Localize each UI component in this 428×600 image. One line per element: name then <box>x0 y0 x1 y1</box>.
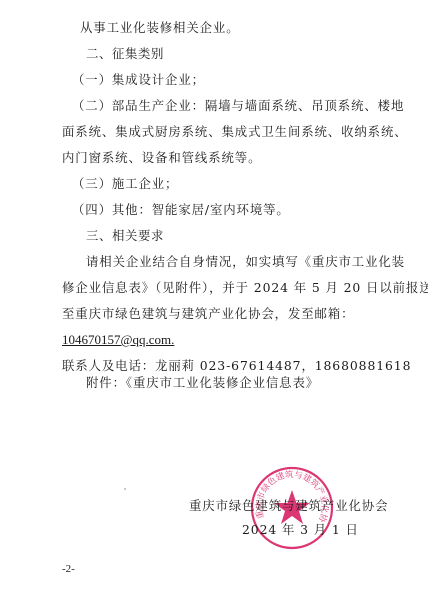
requirements-line2: 修企业信息表》（见附件），并于 2024 年 5 月 20 日以前报送 <box>62 280 428 296</box>
contact-info: 联系人及电话：龙丽莉 023-67614487，18680881618 <box>62 358 411 374</box>
category-components-line3: 内门窗系统、设备和管线系统等。 <box>62 150 261 166</box>
scan-artifact <box>124 488 126 490</box>
signature-date: 2024 年 3 月 1 日 <box>242 522 359 538</box>
category-other: （四）其他：智能家居/室内环境等。 <box>72 202 290 218</box>
signature-organization: 重庆市绿色建筑与建筑产业化协会 <box>189 498 388 514</box>
category-construction: （三）施工企业； <box>72 176 178 192</box>
requirements-line3: 至重庆市绿色建筑与建筑产业化协会，发至邮箱： <box>62 306 354 322</box>
requirements-line1: 请相关企业结合自身情况，如实填写《重庆市工业化装 <box>86 254 405 270</box>
intro-continuation: 从事工业化装修相关企业。 <box>80 20 240 36</box>
section-heading-categories: 二、征集类别 <box>86 46 164 62</box>
attachment-note: 附件：《重庆市工业化装修企业信息表》 <box>86 375 319 391</box>
page-number: -2- <box>62 563 75 575</box>
section-heading-requirements: 三、相关要求 <box>86 228 164 244</box>
category-components-line1: （二）部品生产企业：隔墙与墙面系统、吊顶系统、楼地 <box>72 98 404 114</box>
category-design: （一）集成设计企业； <box>72 72 205 88</box>
category-components-line2: 面系统、集成式厨房系统、集成式卫生间系统、收纳系统、 <box>62 124 408 140</box>
email-link[interactable]: 104670157@qq.com. <box>62 332 174 348</box>
